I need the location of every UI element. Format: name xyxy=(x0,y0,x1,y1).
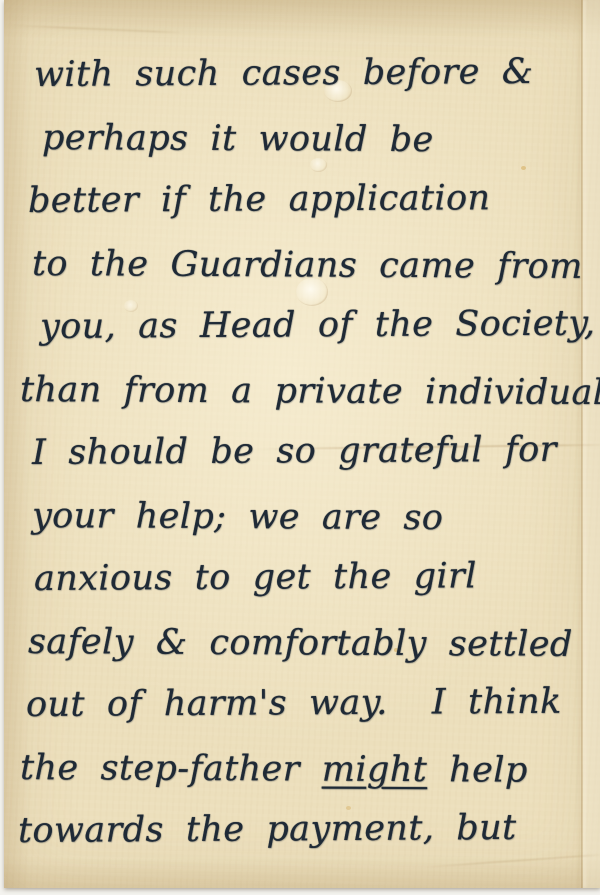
handwriting-line-2: perhaps it would be xyxy=(42,107,600,173)
line-12-post: help xyxy=(427,750,528,791)
handwriting-line-5: you, as Head of the Society, xyxy=(40,293,600,359)
handwriting-line-1: with such cases before & xyxy=(34,41,600,107)
handwriting-line-7: I should be so grateful for xyxy=(32,419,600,485)
letter-scan: with such cases before & perhaps it woul… xyxy=(0,0,600,895)
handwriting-line-6: than from a private individual. xyxy=(20,359,600,425)
line-12-pre: the step-father xyxy=(20,748,322,790)
handwriting-line-4: to the Guardians came from xyxy=(32,233,600,299)
handwriting-line-11: out of harm's way. I think xyxy=(26,670,600,737)
letter-body: with such cases before & perhaps it woul… xyxy=(4,44,600,863)
crease-top-left xyxy=(10,24,180,33)
handwriting-line-9: anxious to get the girl xyxy=(34,545,600,611)
handwriting-line-10: safely & comfortably settled xyxy=(28,611,600,677)
underlined-word-might: might xyxy=(322,750,428,791)
handwriting-line-12: the step-father might help xyxy=(20,737,600,803)
handwriting-line-3: better if the application xyxy=(28,167,600,233)
letter-page: with such cases before & perhaps it woul… xyxy=(4,0,600,888)
handwriting-line-8: your help; we are so xyxy=(32,485,600,551)
handwriting-line-13: towards the payment, but xyxy=(18,796,600,863)
